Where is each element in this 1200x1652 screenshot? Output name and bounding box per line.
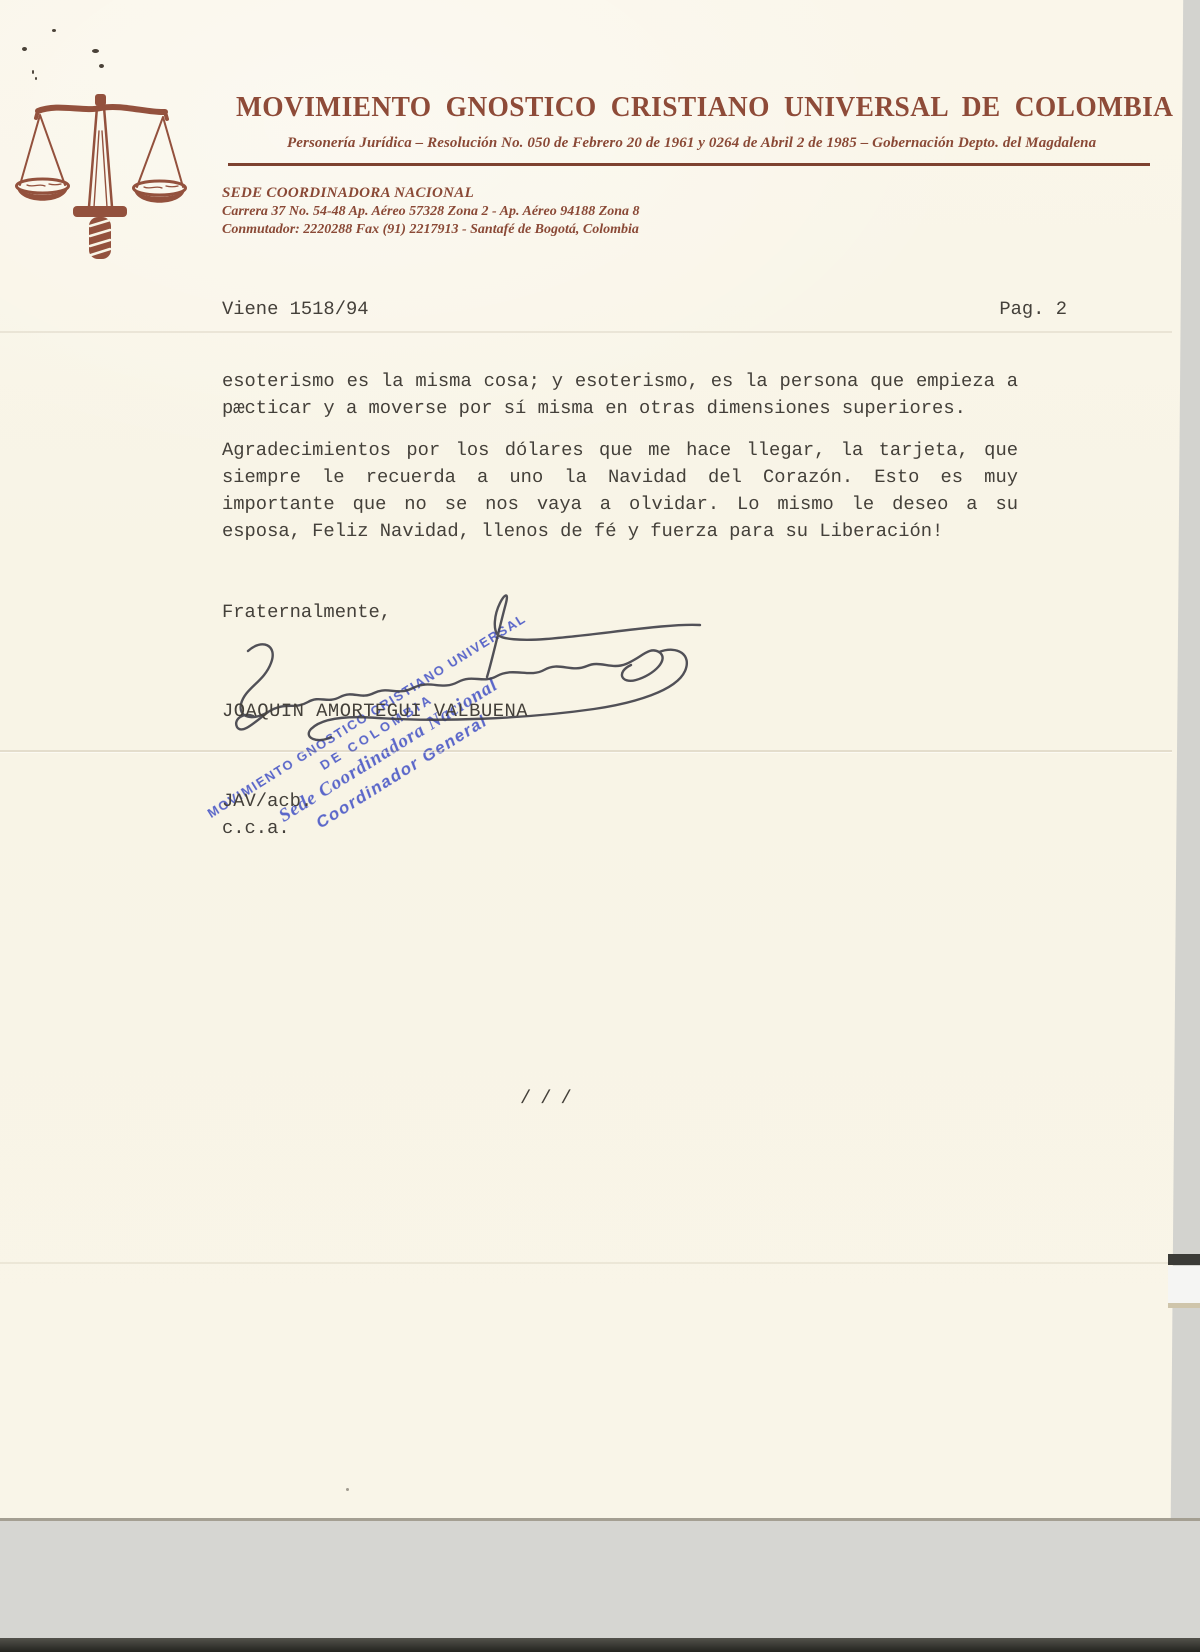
continuation-reference: Viene 1518/94 <box>222 296 369 323</box>
office-title: SEDE COORDINADORA NACIONAL <box>222 185 474 202</box>
scales-sword-logo-icon <box>13 93 190 261</box>
paragraph-2: Agradecimientos por los dólares que me h… <box>222 437 1018 545</box>
paragraph-1: esoterismo es la misma cosa; y esoterism… <box>222 368 1018 422</box>
page-number: Pag. 2 <box>999 296 1067 323</box>
paragraph-2-line: siempre le recuerda a uno la Navidad del… <box>222 464 1018 491</box>
carbon-copy-note: c.c.a. <box>222 815 1018 842</box>
scanned-letter-page: { "letterhead": { "brand_color": "#8e4b3… <box>0 0 1200 1652</box>
continuation-row: Viene 1518/94 Pag. 2 <box>222 296 1067 323</box>
signer-typed-name: JOAQUIN AMORTEGUI VALBUENA <box>222 698 1018 725</box>
end-of-letter-mark: /// <box>520 1085 640 1112</box>
paragraph-2-line: importante que no se nos vaya a olvidar.… <box>222 491 1018 518</box>
legal-registration-line: Personería Jurídica – Resolución No. 050… <box>287 135 1167 152</box>
header-divider-rule <box>228 163 1150 166</box>
scan-speck <box>35 77 37 80</box>
scan-speck <box>346 1488 349 1491</box>
fold-crease <box>0 331 1172 333</box>
paragraph-1-line: esoterismo es la misma cosa; y esoterism… <box>222 368 1018 395</box>
scan-edge-white-patch <box>1168 1266 1200 1303</box>
fold-crease <box>0 750 1172 752</box>
scan-bottom-dark-bar <box>0 1638 1200 1652</box>
fold-crease <box>0 1262 1172 1264</box>
address-line: Carrera 37 No. 54-48 Ap. Aéreo 57328 Zon… <box>222 204 640 220</box>
scan-edge-tan-line <box>1168 1303 1200 1308</box>
scan-speck <box>32 70 34 74</box>
paragraph-2-line: esposa, Feliz Navidad, llenos de fé y fu… <box>222 518 1018 545</box>
scan-speck <box>22 47 27 51</box>
handwritten-signature <box>198 583 722 773</box>
scan-speck <box>52 29 56 32</box>
paragraph-1-line: pæcticar y a moverse por sí misma en otr… <box>222 395 1018 422</box>
typist-initials: JAV/acb. <box>222 788 1018 815</box>
letter-paper: MOVIMIENTO GNOSTICO CRISTIANO UNIVERSAL … <box>0 0 1200 1518</box>
paragraph-2-line: Agradecimientos por los dólares que me h… <box>222 437 1018 464</box>
scanner-background-bottom <box>0 1518 1200 1652</box>
scan-speck <box>92 49 99 53</box>
scan-speck <box>99 64 104 68</box>
organization-name: MOVIMIENTO GNOSTICO CRISTIANO UNIVERSAL … <box>236 92 1134 124</box>
scan-edge-dark-mark <box>1168 1254 1200 1265</box>
phone-fax-line: Conmutador: 2220288 Fax (91) 2217913 - S… <box>222 222 639 238</box>
